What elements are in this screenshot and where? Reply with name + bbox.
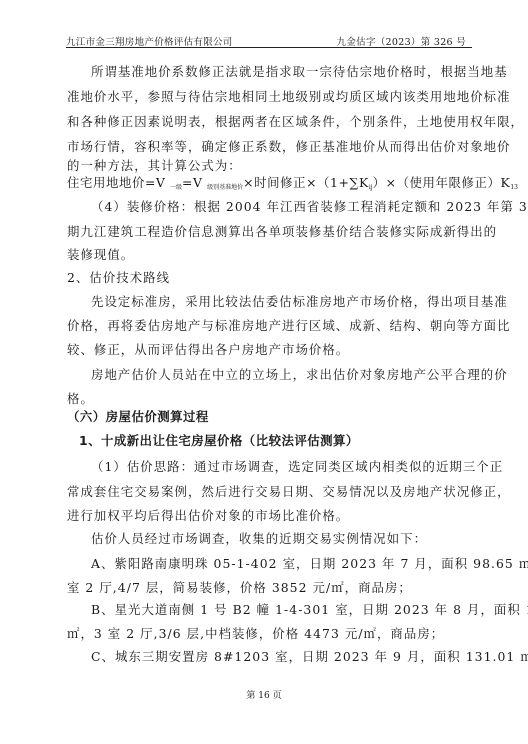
page-number: 第 16 页 <box>0 688 528 701</box>
paragraph-line: 常成套住宅交易案例，然后进行交易日期、交易情况以及房地产状况修正， <box>67 484 475 500</box>
paragraph-line: 较、修正，从而评估得出各户房地产市场价格。 <box>67 342 475 358</box>
paragraph-line: 装修现值。 <box>67 247 475 263</box>
section-title: 2、估价技术路线 <box>67 270 475 286</box>
paragraph-line: 的一种方法，其计算公式为： <box>67 158 475 174</box>
paragraph-line: 和各种修正因素说明表，根据两者在区域条件，个别条件，土地使用权年限， <box>67 114 475 130</box>
paragraph-line: 期九江建筑工程造价信息测算出各单项装修基价结合装修实际成新得出的 <box>67 224 475 240</box>
paragraph-line: 房地产估价人员站在中立的立场上，求出估价对象房地产公平合理的价 <box>91 367 475 383</box>
company-name: 九江市金三翔房地产价格评估有限公司 <box>66 34 233 48</box>
subsection-heading: 1、十成新出让住宅房屋价格（比较法评估测算） <box>79 433 487 449</box>
paragraph-line: 所谓基准地价系数修正法就是指求取一宗待估宗地价格时，根据当地基 <box>91 64 475 80</box>
paragraph-line: 先设定标准房，采用比较法估委估标准房地产市场价格，得出项目基准 <box>91 294 475 310</box>
case-line: B、星光大道南侧 1 号 B2 幢 1-4-301 室，日期 2023 年 8 … <box>91 602 475 618</box>
paragraph-line: （4）装修价格：根据 2004 年江西省装修工程消耗定额和 2023 年第 3 <box>91 199 475 215</box>
paragraph-line: 价格，再将委估房地产与标准房地产进行区域、成新、结构、朝向等方面比 <box>67 318 475 334</box>
paragraph-line: 进行加权平均后得出估价对象的市场比准价格。 <box>67 508 475 524</box>
case-line: C、城东三期安置房 8#1203 室，日期 2023 年 9 月，面积 131.… <box>91 649 475 665</box>
case-line: ㎡，3 室 2 厅,3/6 层,中档装修，价格 4473 元/㎡，商品房； <box>67 626 475 642</box>
paragraph-line: 市场行情，容积率等，确定修正系数，修正基准地价从而得出估价对象地价 <box>67 139 475 155</box>
paragraph-line: 格。 <box>67 391 475 407</box>
paragraph-line: 估价人员经过市场调查，收集的近期交易实例情况如下： <box>91 531 475 547</box>
paragraph-line: （1）估价思路：通过市场调查，选定同类区域内相类似的近期三个正 <box>91 459 475 475</box>
header-divider <box>66 47 472 48</box>
document-number: 九金估字（2023）第 326 号 <box>337 34 466 48</box>
paragraph-line: 准地价水平，参照与待估宗地相同土地级别或均质区域内该类用地地价标准 <box>67 89 475 105</box>
section-heading: （六）房屋估价测算过程 <box>67 409 475 425</box>
formula-line: 住宅用地地价=V 一级=V 级别基准地价×时间修正×（1+∑Kij）×（使用年限… <box>67 175 475 196</box>
case-line: 室 2 厅,4/7 层，简易装修，价格 3852 元/㎡，商品房； <box>67 580 475 596</box>
case-line: A、紫阳路南康明珠 05-1-402 室，日期 2023 年 7 月，面积 98… <box>91 556 475 572</box>
